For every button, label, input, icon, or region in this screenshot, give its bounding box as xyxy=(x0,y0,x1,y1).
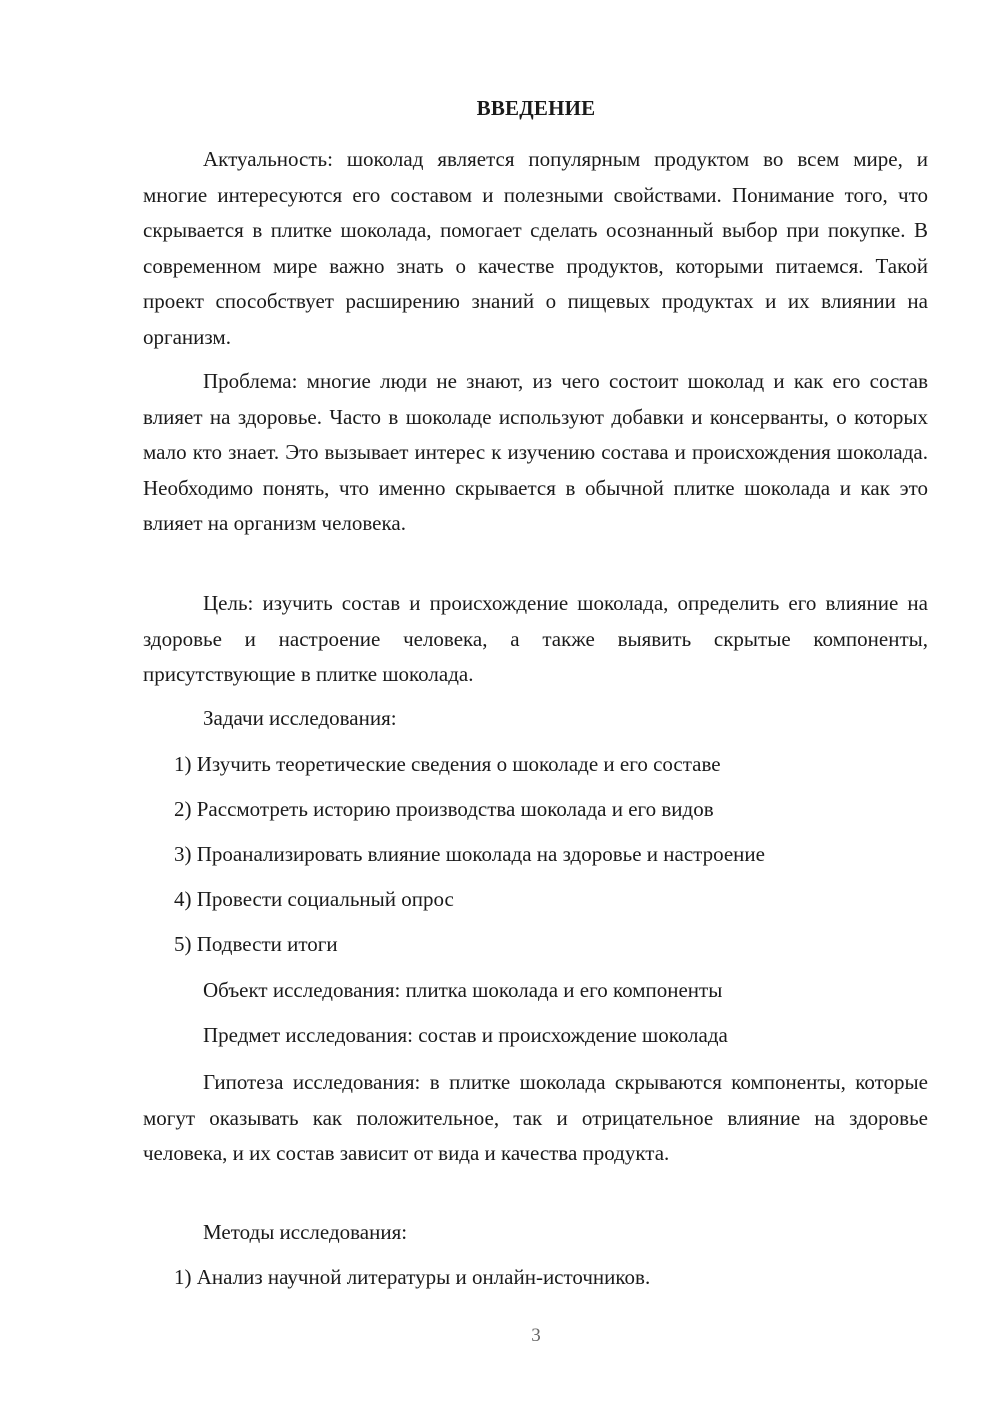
method-item-1: 1) Анализ научной литературы и онлайн-ис… xyxy=(174,1260,650,1295)
task-item-3: 3) Проанализировать влияние шоколада на … xyxy=(174,837,765,872)
document-page: ВВЕДЕНИЕ Актуальность: шоколад является … xyxy=(0,0,1000,1414)
tasks-heading: Задачи исследования: xyxy=(203,701,397,736)
task-item-5: 5) Подвести итоги xyxy=(174,927,338,962)
relevance-paragraph-block: Актуальность: шоколад является популярны… xyxy=(143,142,928,355)
task-item-1: 1) Изучить теоретические сведения о шоко… xyxy=(174,747,721,782)
goal-paragraph: Цель: изучить состав и происхождение шок… xyxy=(143,586,928,693)
task-item-2: 2) Рассмотреть историю производства шоко… xyxy=(174,792,714,827)
hypothesis-paragraph-block: Гипотеза исследования: в плитке шоколада… xyxy=(143,1065,928,1172)
research-object: Объект исследования: плитка шоколада и е… xyxy=(203,973,722,1008)
section-heading: ВВЕДЕНИЕ xyxy=(0,96,1000,121)
relevance-paragraph: Актуальность: шоколад является популярны… xyxy=(143,142,928,355)
methods-heading: Методы исследования: xyxy=(203,1215,407,1250)
research-subject: Предмет исследования: состав и происхожд… xyxy=(203,1018,728,1053)
hypothesis-paragraph: Гипотеза исследования: в плитке шоколада… xyxy=(143,1065,928,1172)
problem-paragraph-block: Проблема: многие люди не знают, из чего … xyxy=(143,364,928,542)
task-item-4: 4) Провести социальный опрос xyxy=(174,882,454,917)
goal-paragraph-block: Цель: изучить состав и происхождение шок… xyxy=(143,586,928,693)
problem-paragraph: Проблема: многие люди не знают, из чего … xyxy=(143,364,928,542)
page-number: 3 xyxy=(0,1325,1000,1347)
